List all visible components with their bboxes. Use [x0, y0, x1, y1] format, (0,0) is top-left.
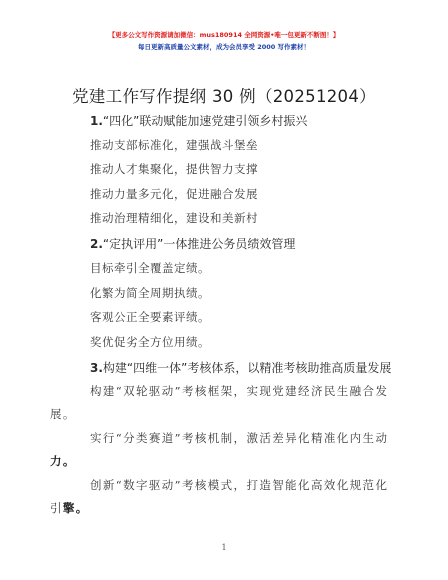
document-title: 党建工作写作提纲 30 例（20251204）	[0, 83, 448, 107]
list-item: 推动人才集聚化，提供智力支撑	[90, 161, 258, 177]
promo-line-2: 每日更新高质量公文素材，成为会员享受 2000 写作素材！	[0, 42, 448, 51]
paragraph-tail: 擎。	[63, 501, 89, 515]
paragraph-text: 构建“双轮驱动”考核框架，实现党建经济民生融合发	[90, 384, 388, 398]
paragraph-tail: 力。	[50, 454, 76, 468]
paragraph-text: 实行“分类赛道”考核机制，激活差异化精准化内生动	[90, 431, 388, 445]
list-item: 奖优促劣全方位用绩。	[90, 334, 210, 350]
paragraph-text: 创新“数字驱动”考核模式，打造智能化高效化规范化引	[50, 478, 388, 515]
paragraph: 创新“数字驱动”考核模式，打造智能化高效化规范化引擎。	[50, 474, 400, 520]
section-2-heading-text: “定执评用”一体推进公务员绩效管理	[103, 237, 295, 251]
section-2-number: 2.	[90, 237, 103, 251]
list-item: 化繁为简全周期执绩。	[90, 285, 210, 301]
section-2-heading: 2.“定执评用”一体推进公务员绩效管理	[90, 235, 295, 252]
paragraph-tail: 展。	[50, 407, 76, 421]
list-item: 推动支部标准化，建强战斗堡垒	[90, 137, 258, 153]
paragraph: 构建“双轮驱动”考核框架，实现党建经济民生融合发展。	[50, 380, 400, 426]
list-item: 推动治理精细化，建设和美新村	[90, 210, 258, 226]
section-3-number: 3.	[90, 361, 103, 375]
section-3-heading-text: 构建“四维一体”考核体系，以精准考核助推高质量发展	[103, 361, 391, 375]
page-number: 1	[0, 543, 448, 552]
list-item: 推动力量多元化，促进融合发展	[90, 186, 258, 202]
section-3-heading: 3.构建“四维一体”考核体系，以精准考核助推高质量发展	[90, 359, 391, 376]
list-item: 客观公正全要素评绩。	[90, 309, 210, 325]
paragraph: 实行“分类赛道”考核机制，激活差异化精准化内生动力。	[50, 427, 400, 473]
section-1-heading: 1.“四化”联动赋能加速党建引领乡村振兴	[90, 112, 307, 129]
section-1-number: 1.	[90, 114, 103, 128]
list-item: 目标牵引全覆盖定绩。	[90, 260, 210, 276]
promo-line-1: 【更多公文写作资源请加微信：mus180914 全网资源•唯一包更新不断图！】	[0, 30, 448, 39]
section-1-heading-text: “四化”联动赋能加速党建引领乡村振兴	[103, 114, 307, 128]
